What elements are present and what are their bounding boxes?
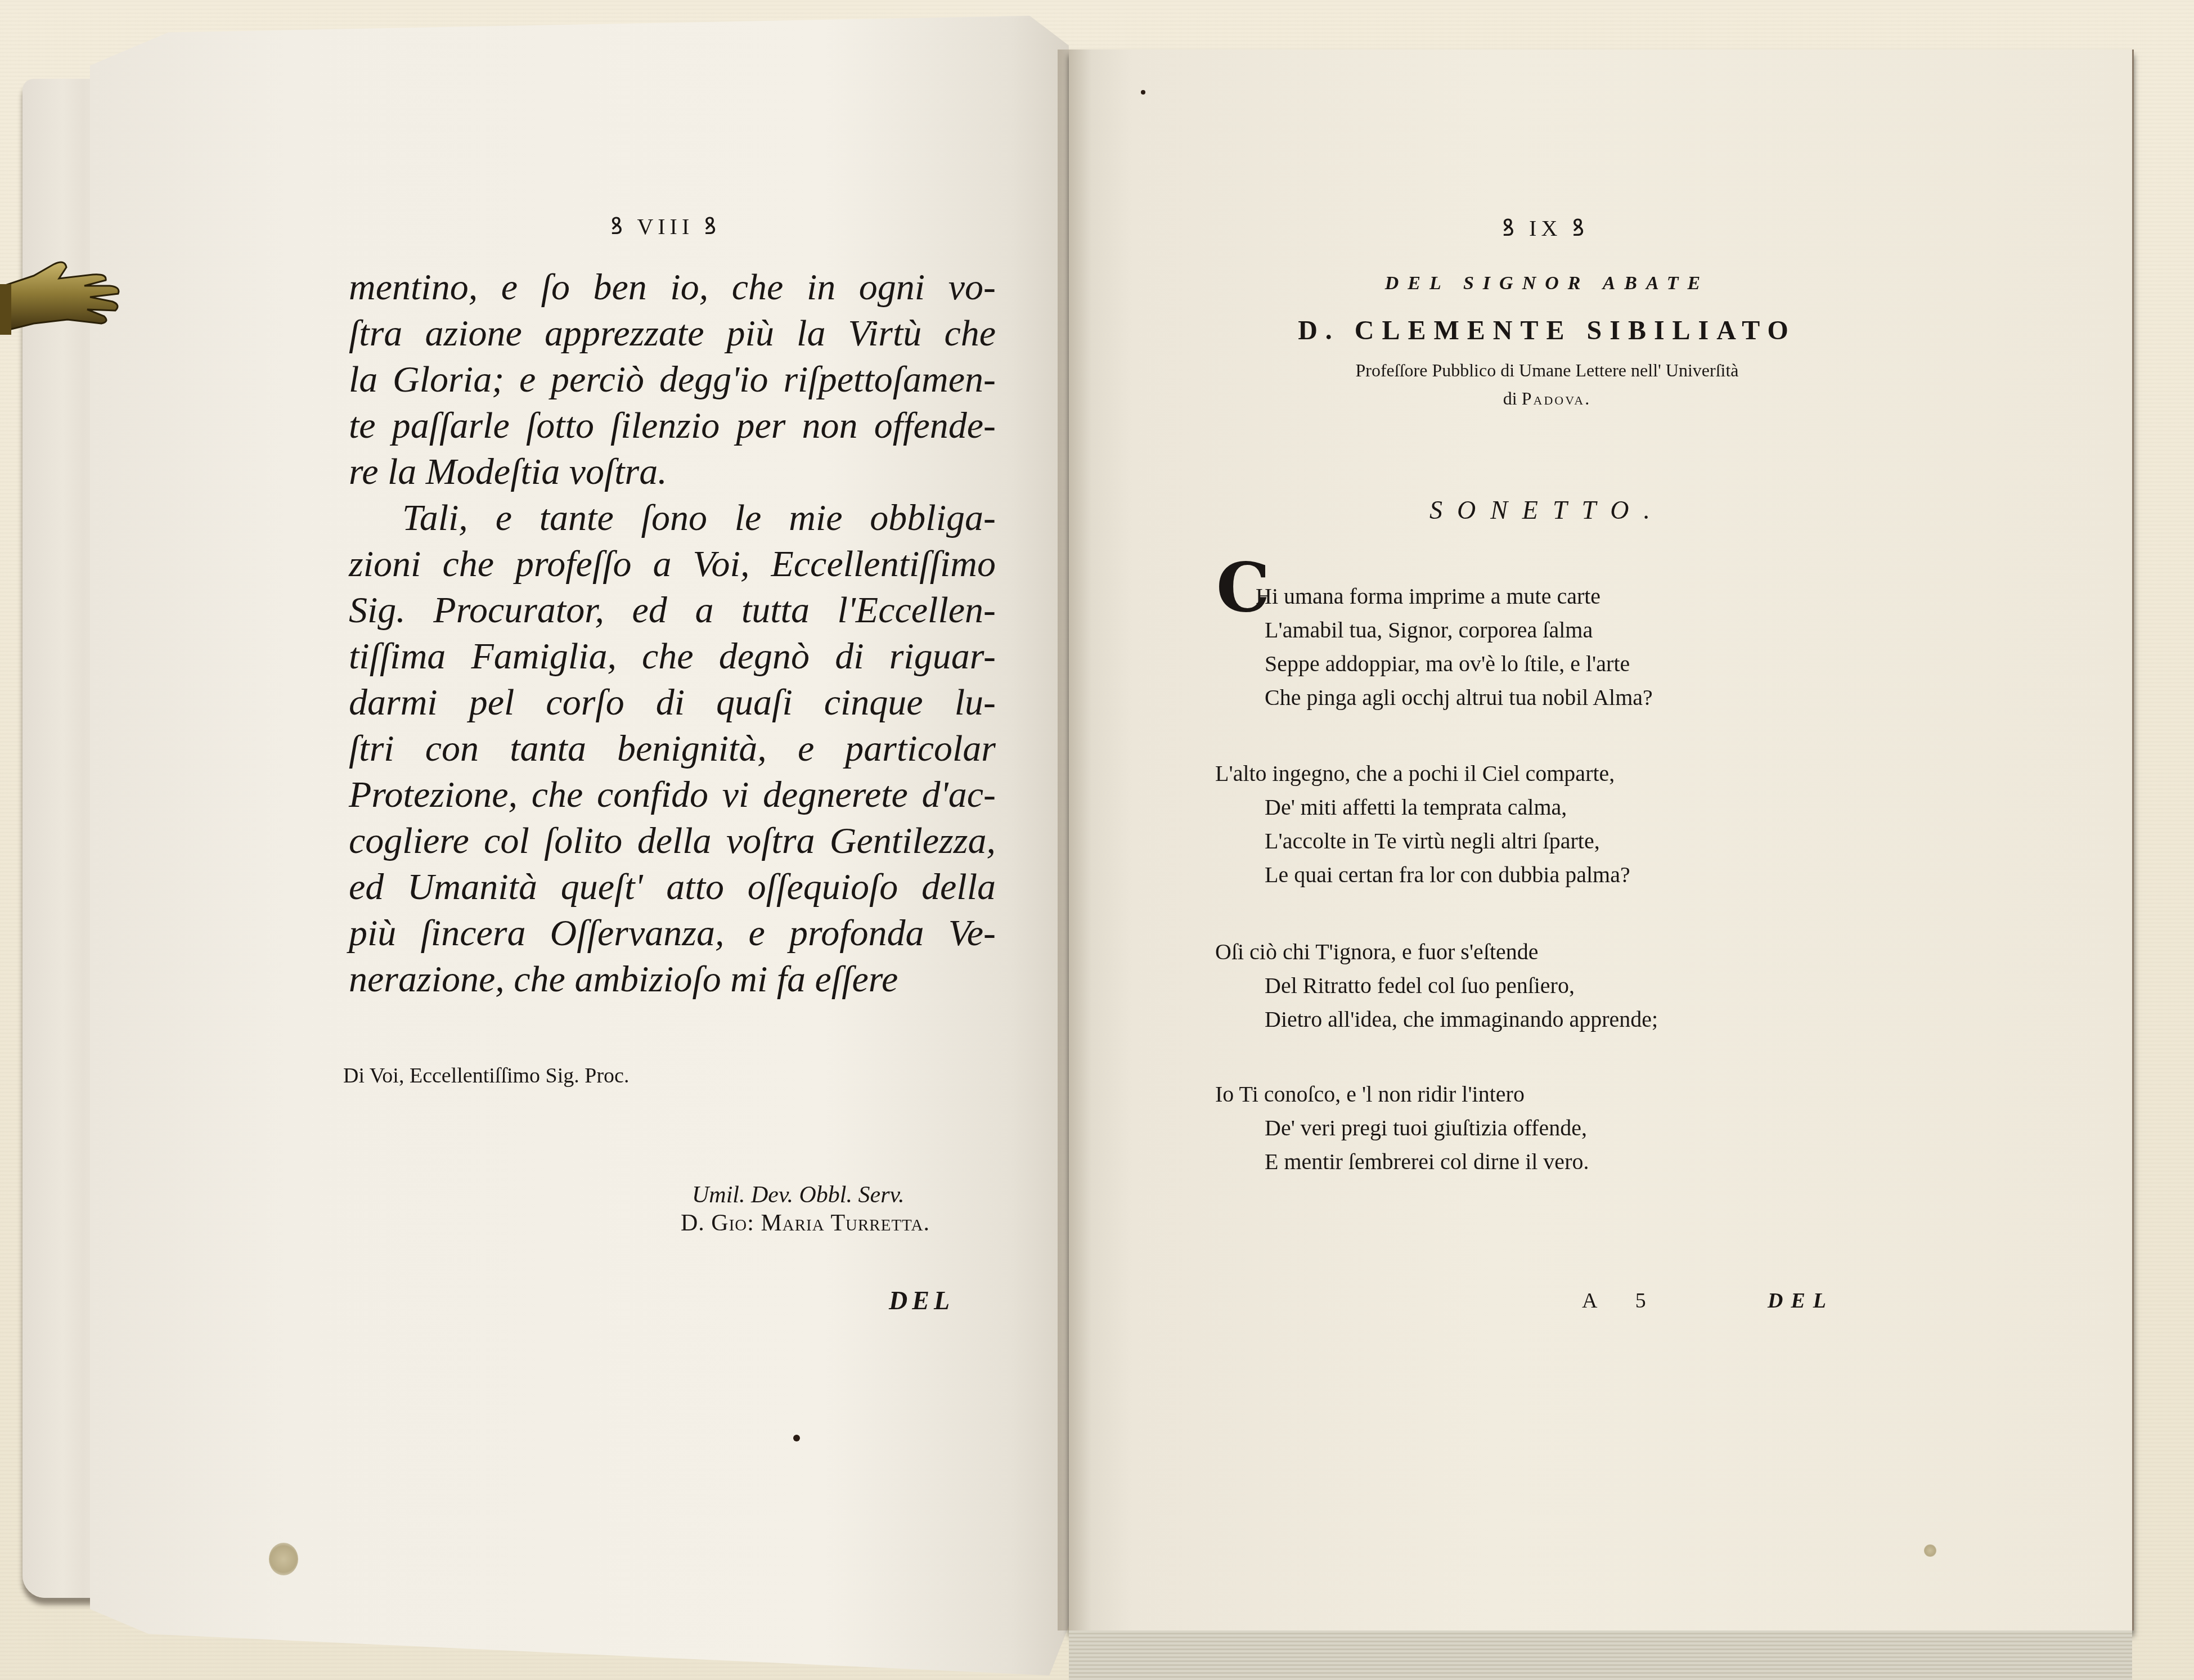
catchword-right: DEL [1768,1288,1834,1313]
foxing-stain [269,1543,298,1575]
catchword-left: DEL [889,1286,954,1315]
folio-number: IX [1529,215,1562,241]
header-city: di Padova. [1210,388,1885,409]
verse-line: Le quai certan fra lor con dubbia palma? [1215,858,1630,892]
verse-line: Dietro all'idea, che immaginando apprend… [1215,1003,1658,1036]
prose-line: ſtri con tanta benignità, e particolar [349,726,996,772]
prose-line: Sig. Procurator, ed a tutta l'Eccellen- [349,587,996,634]
stanza-1: Hi umana forma imprime a mute carte L'am… [1215,580,1653,715]
stanza-3: Oſi ciò chi T'ignora, e fuor s'eſtende D… [1215,935,1658,1036]
signature-humble-servant: Umil. Dev. Obbl. Serv. [692,1182,905,1209]
verse-line: Io Ti conoſco, e 'l non ridir l'intero [1215,1077,1589,1111]
fleuron-icon: ꝸ [1502,214,1519,241]
prose-line: mentino, e ſo ben io, che in ogni vo- [349,264,996,311]
prose-line: Tali, e tante ſono le mie obbliga- [349,495,996,541]
city-prefix: di [1503,388,1517,408]
verse-line: L'amabil tua, Signor, corporea ſalma [1215,613,1653,647]
prose-line: darmi pel corſo di quaſi cinque lu- [349,680,996,726]
stanza-4: Io Ti conoſco, e 'l non ridir l'intero D… [1215,1077,1589,1179]
verse-line: De' miti affetti la temprata calma, [1215,790,1630,824]
verse-line: Oſi ciò chi T'ignora, e fuor s'eſtende [1215,935,1658,969]
closing-salutation: Di Voi, Eccellentiſſimo Sig. Proc. [343,1063,629,1088]
left-folio: ꝸ VIII ꝸ [610,209,721,241]
fleuron-icon: ꝸ [610,212,627,240]
right-page-fore-edge [1069,1630,2132,1680]
header-del-signor-abate: DEL SIGNOR ABATE [1210,273,1885,294]
prose-line: re la Modeſtia voſtra. [349,449,996,495]
verse-line: E mentir ſembrerei col dirne il vero. [1215,1145,1589,1179]
prose-line: nerazione, che ambizioſo mi fa eſſere [349,956,996,1003]
verse-line: L'accolte in Te virtù negli altri ſparte… [1215,824,1630,858]
fleuron-icon: ꝸ [1572,214,1589,241]
prose-line: ſtra azione apprezzate più la Virtù che [349,311,996,357]
stanza-2: L'alto ingegno, che a pochi il Ciel comp… [1215,757,1630,892]
signature-name: D. Gio: Maria Turretta. [681,1210,930,1237]
foxing-stain [1924,1544,1936,1557]
right-folio: ꝸ IX ꝸ [1502,211,1589,243]
dedication-prose: mentino, e ſo ben io, che in ogni vo- ſt… [349,264,996,1003]
prose-line: tiſſima Famiglia, che degnò di riguar- [349,634,996,680]
fleuron-icon: ꝸ [704,212,721,240]
prose-line: Protezione, che confido vi degnerete d'a… [349,772,996,818]
brass-hand-clip-icon [0,253,152,349]
signature-mark: A 5 [1582,1288,1663,1313]
verse-line: Che pinga agli occhj altrui tua nobil Al… [1215,681,1653,715]
verse-line: Seppe addoppiar, ma ov'è lo ſtile, e l'a… [1215,647,1653,681]
prose-line: ed Umanità queſt' atto oſſequioſo della [349,864,996,910]
gutter-shadow [1058,50,1091,1630]
prose-line: te paſſarle ſotto ſilenzio per non offen… [349,403,996,449]
ink-speck [793,1435,800,1441]
prose-line: zioni che profeſſo a Voi, Eccellentiſſim… [349,541,996,587]
prose-line: cogliere col ſolito della voſtra Gentile… [349,818,996,864]
ink-speck [1141,90,1145,95]
folio-number: VIII [637,214,694,239]
header-author-title: Profeſſore Pubblico di Umane Lettere nel… [1210,360,1885,381]
verse-line: De' veri pregi tuoi giuſtizia offende, [1215,1111,1589,1145]
verse-line: Del Ritratto fedel col ſuo penſiero, [1215,969,1658,1003]
prose-line: più ſincera Oſſervanza, e profonda Ve- [349,910,996,956]
poem-title: SONETTO. [1210,495,1885,525]
verse-line: Hi umana forma imprime a mute carte [1215,580,1653,613]
verse-line: L'alto ingegno, che a pochi il Ciel comp… [1215,757,1630,790]
prose-line: la Gloria; e perciò degg'io riſpettoſame… [349,357,996,403]
city-name: Padova. [1522,388,1591,408]
header-author-name: D. CLEMENTE SIBILIATO [1210,315,1885,346]
